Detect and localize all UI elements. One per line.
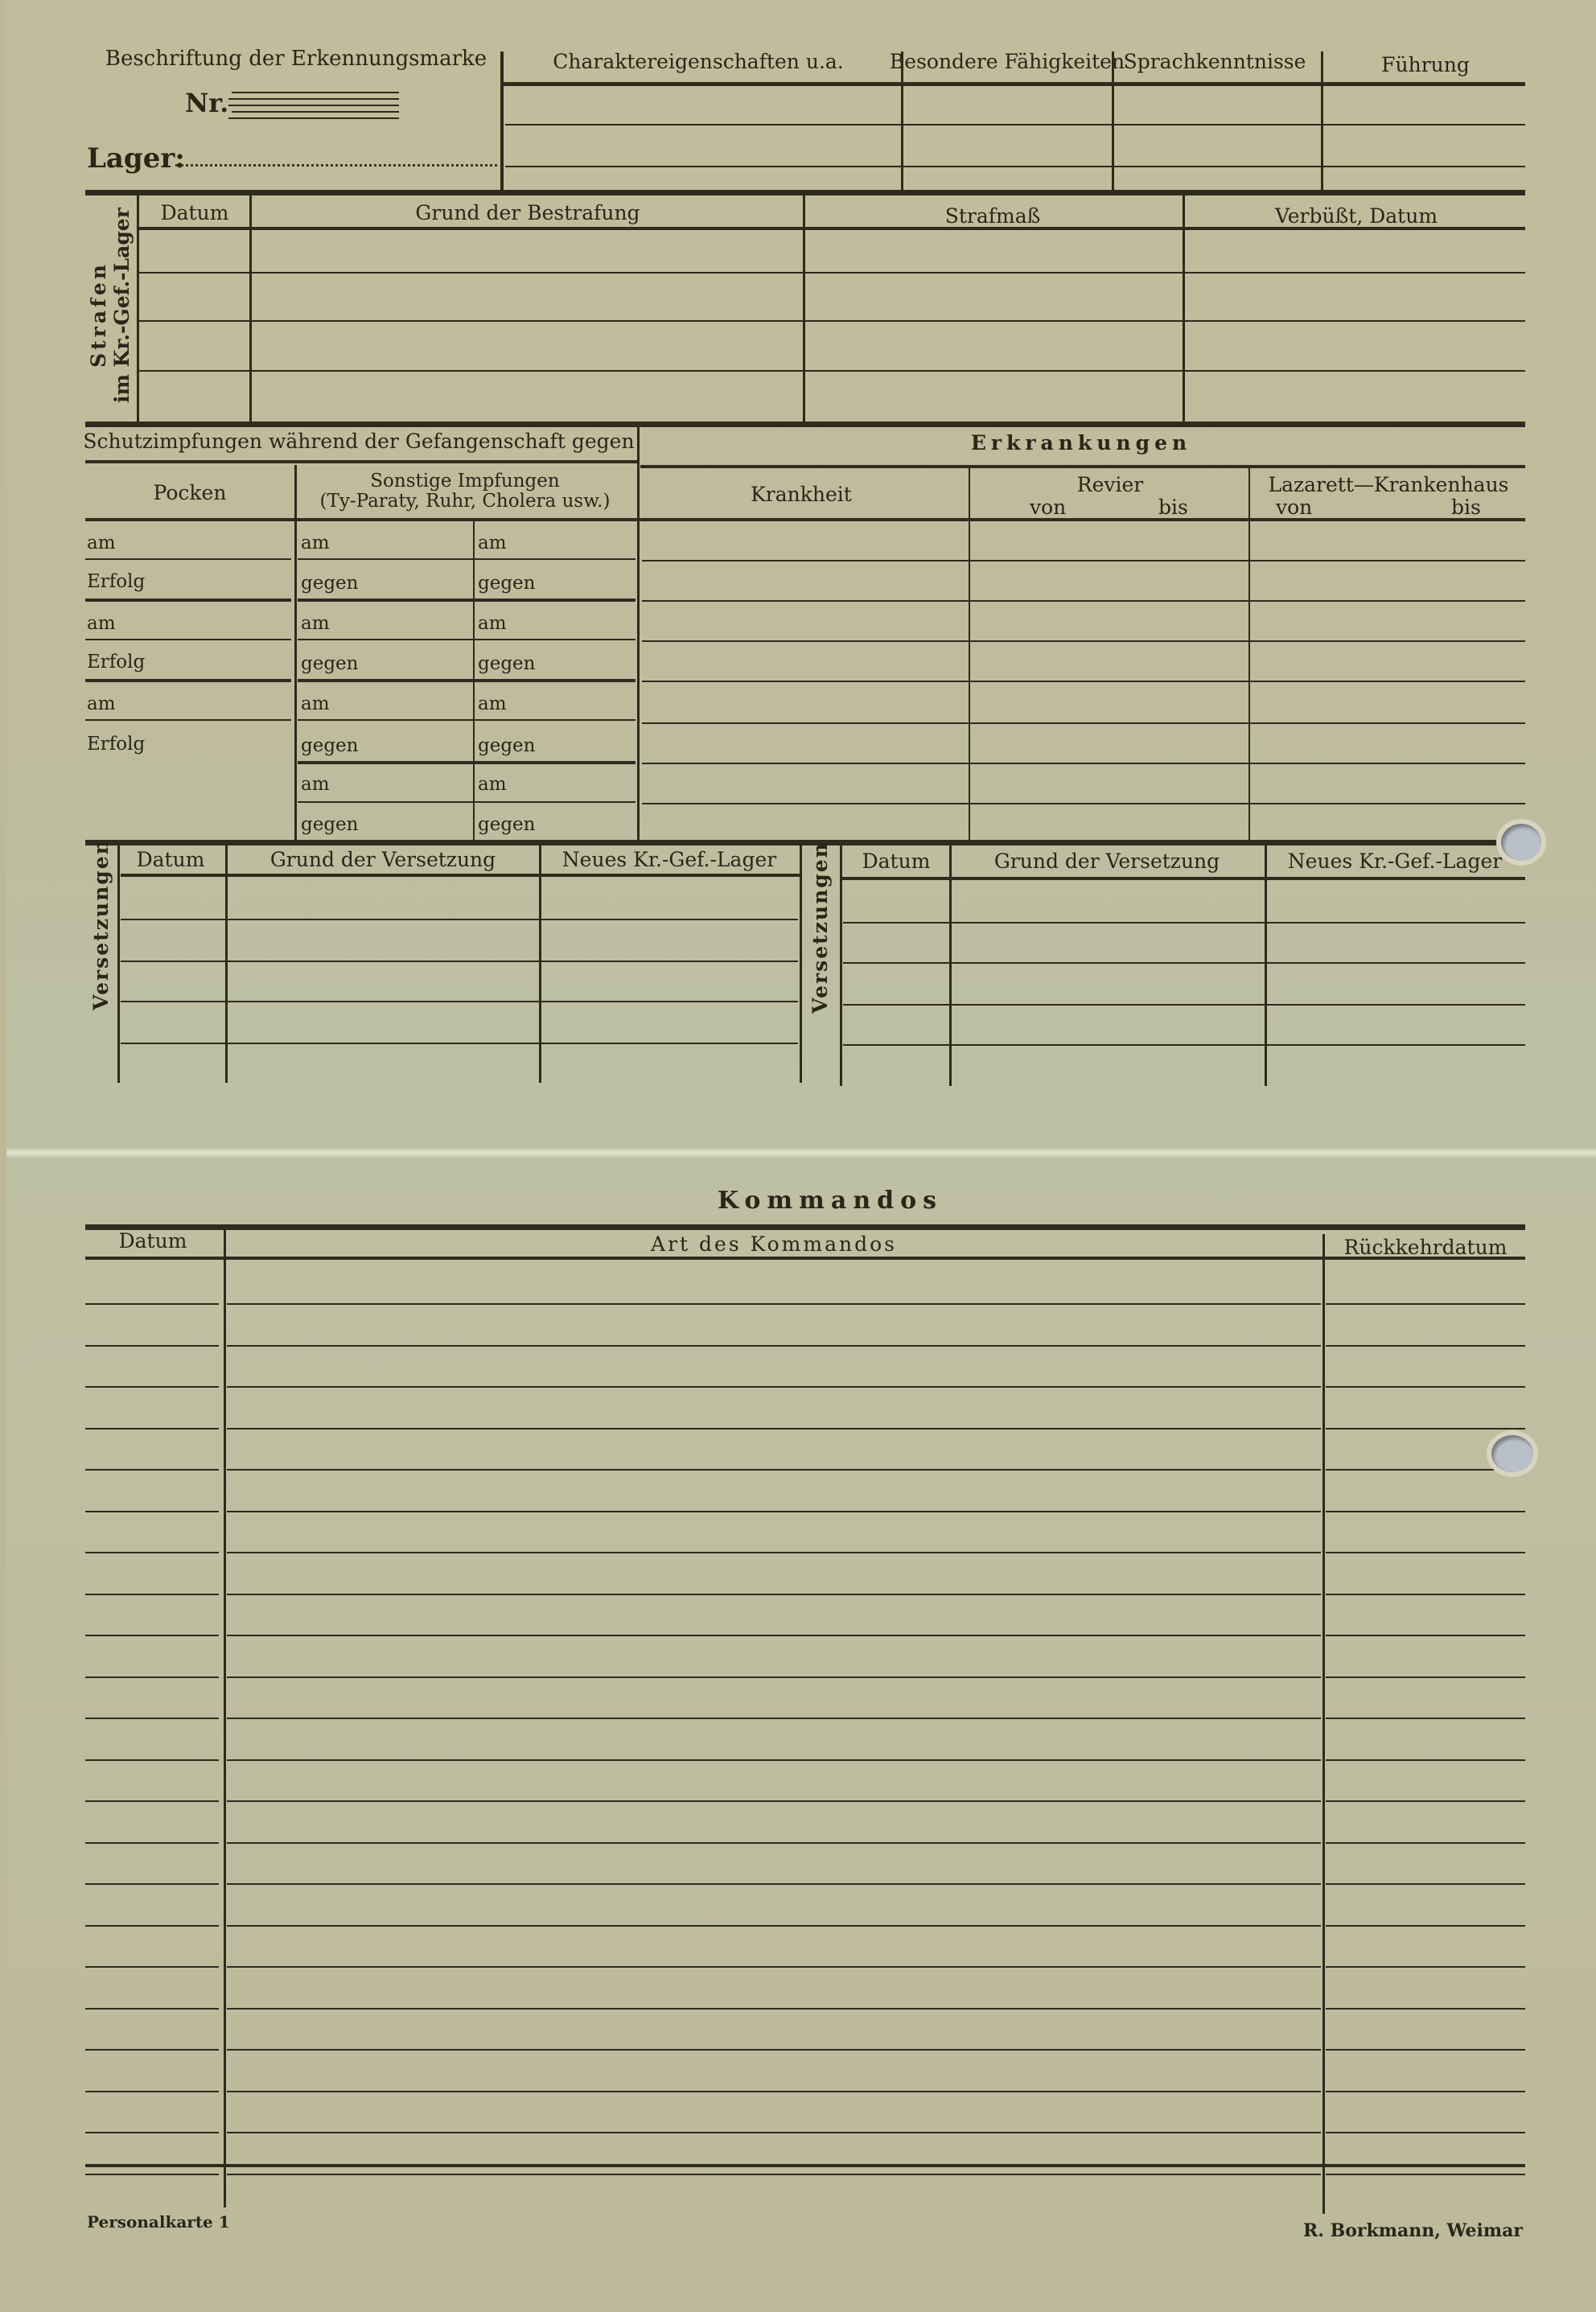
erk-revier-bis: bis — [1158, 497, 1188, 517]
kommandos-row-line — [85, 2132, 219, 2133]
kommandos-row-line — [1326, 1345, 1525, 1347]
kommandos-row-line — [1326, 1303, 1525, 1305]
kommandos-row-line — [1326, 2049, 1525, 2051]
form-id: Personalkarte 1 — [87, 2214, 230, 2230]
kommandos-row-line — [1326, 1718, 1525, 1719]
kommandos-row-line — [1326, 1469, 1525, 1471]
kommandos-row-line — [1326, 1676, 1525, 1678]
kommandos-row-line — [85, 1718, 219, 1719]
vers-right-col-datum: Datum — [862, 851, 931, 871]
kommandos-row-line — [85, 2091, 219, 2092]
kommandos-row-line — [227, 1386, 1321, 1388]
kommandos-col-datum: Datum — [119, 1231, 187, 1251]
kommandos-row-line — [227, 2174, 1321, 2175]
kommandos-row-line — [227, 1925, 1321, 1927]
punch-hole-upper — [1501, 824, 1541, 861]
versetzungen-side-label-right: Versetzungen — [809, 893, 833, 1014]
vers-left-col-grund: Grund der Versetzung — [270, 850, 496, 870]
kommandos-title: Kommandos — [718, 1189, 943, 1213]
kommandos-row-line — [1326, 1428, 1525, 1430]
kommandos-row-line — [85, 1386, 219, 1388]
kommandos-row-line — [85, 2049, 219, 2051]
erkrankungen-table-cells[interactable] — [640, 523, 1525, 840]
kommandos-row-line — [1326, 1966, 1525, 1968]
kommandos-row-line — [1326, 1925, 1525, 1927]
kommandos-row-line — [1326, 1635, 1525, 1636]
kommandos-row-line — [227, 1842, 1321, 1844]
punch-hole-lower — [1491, 1435, 1533, 1472]
col-charakter: Charaktereigenschaften u.a. — [553, 51, 844, 72]
kommandos-row-line — [227, 1345, 1321, 1347]
kommandos-row-line — [85, 1966, 219, 1968]
kommandos-row-line — [85, 1842, 219, 1844]
nr-field[interactable] — [228, 90, 402, 119]
kommandos-row-line — [1326, 2091, 1525, 2092]
kommandos-row-line — [227, 1759, 1321, 1761]
kommandos-row-line — [1326, 1759, 1525, 1761]
kommandos-row-line — [85, 1594, 219, 1595]
kommandos-row-line — [85, 2008, 219, 2010]
impf-col-pocken: Pocken — [154, 483, 227, 503]
lager-label: Lager: — [87, 145, 185, 172]
vers-right-col-lager: Neues Kr.-Gef.-Lager — [1288, 851, 1502, 871]
versetzungen-right-cells[interactable] — [843, 882, 1525, 1086]
kommandos-row-line — [227, 1552, 1321, 1553]
kommandos-row-line — [227, 2132, 1321, 2133]
kommandos-row-line — [85, 1303, 219, 1305]
kommandos-row-line — [227, 1511, 1321, 1512]
strafen-col-grund: Grund der Bestrafung — [415, 203, 640, 223]
kommandos-row-line — [227, 1635, 1321, 1636]
impfungen-title: Schutzimpfungen während der Gefangenscha… — [83, 431, 634, 451]
erk-col-krankheit: Krankheit — [751, 484, 852, 504]
kommandos-row-line — [1326, 1800, 1525, 1802]
kommandos-row-line — [85, 1469, 219, 1471]
erk-col-lazarett: Lazarett—Krankenhaus — [1268, 475, 1508, 495]
vers-left-col-lager: Neues Kr.-Gef.-Lager — [562, 850, 776, 870]
impf-col-sonstige: Sonstige Impfungen (Ty-Paraty, Ruhr, Cho… — [320, 471, 611, 512]
erk-lazarett-bis: bis — [1451, 497, 1481, 517]
kommandos-row-line — [85, 1759, 219, 1761]
kommandos-row-line — [227, 1676, 1321, 1678]
kommandos-row-line — [85, 1428, 219, 1430]
kommandos-row-line — [1326, 1883, 1525, 1885]
kommandos-row-line — [227, 1966, 1321, 1968]
kommandos-row-line — [227, 1428, 1321, 1430]
kommandos-bottom-line — [85, 2164, 1525, 2167]
erkrankungen-title: Erkrankungen — [971, 433, 1191, 453]
kommandos-row-line — [227, 1594, 1321, 1595]
kommandos-row-line — [227, 2049, 1321, 2051]
erk-revier-von: von — [1030, 497, 1066, 517]
kommandos-row-line — [227, 1718, 1321, 1719]
strafen-side-label: Strafen im Kr.-Gef.-Lager — [88, 226, 138, 403]
erk-col-revier: Revier — [1077, 475, 1143, 495]
strafen-col-strafmass: Strafmaß — [945, 206, 1041, 226]
kommandos-row-line — [85, 1676, 219, 1678]
printer-imprint: R. Borkmann, Weimar — [1303, 2222, 1523, 2240]
versetzungen-left-cells[interactable] — [121, 878, 800, 1083]
vers-right-col-grund: Grund der Versetzung — [994, 851, 1220, 871]
kommandos-row-line — [1326, 1386, 1525, 1388]
kommandos-row-line — [1326, 1842, 1525, 1844]
kommandos-row-line — [1326, 2174, 1525, 2175]
kommandos-row-line — [85, 1635, 219, 1636]
kommandos-col-rueckkehr: Rückkehrdatum — [1344, 1237, 1508, 1257]
col-sprachen: Sprachkenntnisse — [1124, 51, 1306, 72]
fold-crease — [6, 1147, 1596, 1158]
strafen-table-cells[interactable] — [138, 232, 1525, 422]
nr-label: Nr. — [185, 90, 228, 116]
kommandos-row-line — [227, 1883, 1321, 1885]
top-table-cells[interactable] — [504, 86, 1525, 189]
kommandos-row-line — [85, 1883, 219, 1885]
impfungen-table-cells[interactable] — [85, 523, 637, 840]
tag-label: Beschriftung der Erkennungsmarke — [105, 48, 487, 69]
kommandos-row-line — [85, 1552, 219, 1553]
kommandos-row-line — [85, 2174, 219, 2175]
kommandos-row-line — [1326, 1552, 1525, 1553]
strafen-col-datum: Datum — [161, 203, 229, 223]
strafen-col-verbuesst: Verbüßt, Datum — [1275, 206, 1438, 226]
vers-left-col-datum: Datum — [137, 850, 205, 870]
erk-lazarett-von: von — [1276, 497, 1312, 517]
kommandos-row-line — [85, 1511, 219, 1512]
kommandos-row-line — [85, 1925, 219, 1927]
kommandos-row-line — [227, 2091, 1321, 2092]
kommandos-row-line — [1326, 2008, 1525, 2010]
kommandos-row-line — [227, 1469, 1321, 1471]
col-fuehrung: Führung — [1381, 55, 1470, 75]
kommandos-row-line — [85, 1800, 219, 1802]
versetzungen-side-label-left: Versetzungen — [90, 890, 114, 1010]
kommandos-row-line — [227, 1303, 1321, 1305]
kommandos-col-art: Art des Kommandos — [651, 1234, 897, 1254]
kommandos-row-line — [1326, 1594, 1525, 1595]
lager-field[interactable] — [175, 164, 497, 167]
kommandos-row-line — [1326, 1511, 1525, 1512]
kommandos-row-line — [85, 1345, 219, 1347]
kommandos-row-line — [227, 2008, 1321, 2010]
col-faehigkeiten: Besondere Fähigkeiten — [890, 51, 1125, 72]
kommandos-row-line — [227, 1800, 1321, 1802]
kommandos-row-line — [1326, 2132, 1525, 2133]
